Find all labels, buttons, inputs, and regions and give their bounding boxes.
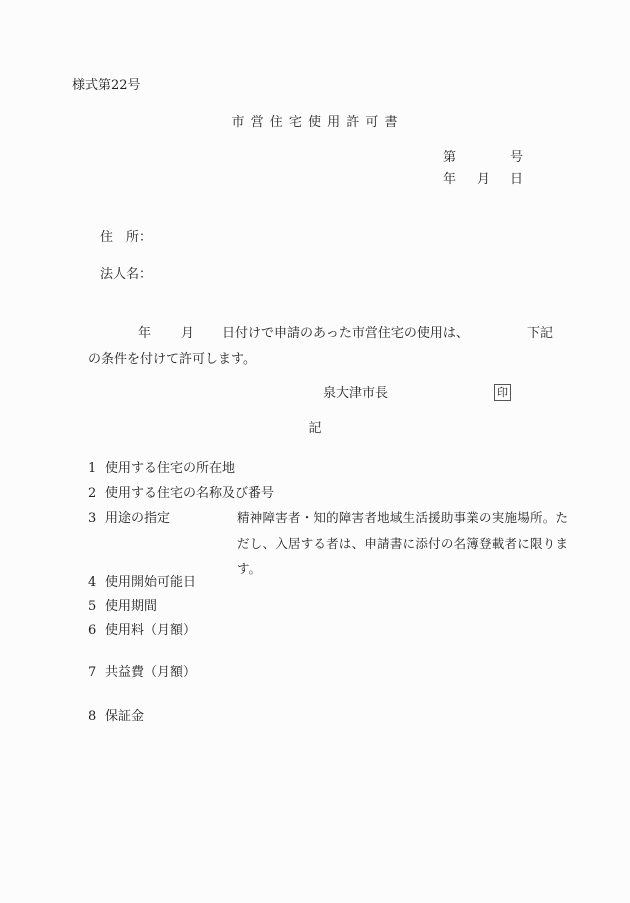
issuer-name: 泉大津市長 [323,386,388,401]
item-number: 4 [88,575,100,590]
item-number: 5 [88,599,100,614]
doc-number-prefix: 第 [443,150,456,165]
item-label: 使用する住宅の所在地 [105,461,235,476]
item-number: 8 [88,709,100,724]
item-label: 使用する住宅の名称及び番号 [105,486,274,501]
seal-stamp-box: 印 [494,384,511,401]
permit-document-page: 様式第22号 市 営 住 宅 使 用 許 可 書 第 号 年 月 日 住 所： … [0,0,630,903]
item-label: 保証金 [105,709,144,724]
body-line1-text: 日付けで申請のあった市営住宅の使用は、 [222,326,469,341]
item-number: 3 [88,511,100,526]
body-month-label: 月 [181,326,194,341]
date-year-label: 年 [443,172,456,187]
body-line1-tail: 下記 [527,326,553,341]
item-label: 使用開始可能日 [105,575,196,590]
item-3-description: 精神障害者・知的障害者地域生活援助事業の実施場所。ただし、入居する者は、申請書に… [237,505,568,582]
date-day-label: 日 [510,172,523,187]
recipient-address-label: 住 所： [100,230,152,245]
document-title: 市 営 住 宅 使 用 許 可 書 [0,115,630,130]
item-label: 用途の指定 [105,511,170,526]
body-line2-text: の条件を付けて許可します。 [88,352,256,367]
item-number: 1 [88,461,100,476]
date-month-label: 月 [477,172,490,187]
item-label: 使用期間 [105,599,157,614]
item-label: 共益費（月額） [105,665,196,680]
item-number: 2 [88,486,100,501]
recipient-corporation-label: 法人名： [100,267,152,282]
item-number: 6 [88,623,100,638]
list-heading: 記 [0,421,630,436]
form-number: 様式第22号 [72,78,141,93]
body-year-label: 年 [138,326,151,341]
item-number: 7 [88,665,100,680]
doc-number-suffix: 号 [510,150,523,165]
item-label: 使用料（月額） [105,623,196,638]
